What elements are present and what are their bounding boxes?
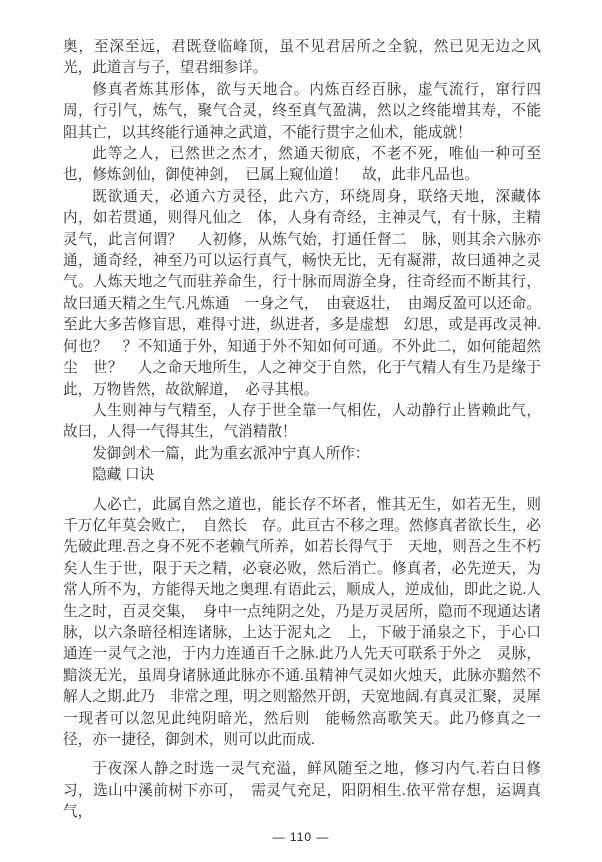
body-paragraph: 人生则神与气精至，人存于世全靠一气相佐，人动静行止皆赖此气，故曰，人得一气得其生… <box>63 401 541 444</box>
body-paragraph-continues-next-page: 于夜深人静之时选一灵气充溢，鲜风随至之地，修习内气.若白日修习，选山中溪前树下亦… <box>63 759 541 823</box>
section-label-hidden-mantra: 隐藏 口诀 <box>63 465 541 486</box>
paragraph-continued-from-previous-page: 奥，至深至远，君既登临峰顶，虽不见君居所之全貌，然已见无边之风光，此道言与子，望… <box>63 37 541 80</box>
body-paragraph: 发御剑术一篇，此为重玄派冲宁真人所作： <box>63 444 541 465</box>
page-number: — 110 — <box>0 830 602 844</box>
body-paragraph: 既欲通天，必通六方灵径，此六方，环绕周身，联络天地，深藏体内，如若贯通，则得凡仙… <box>63 187 541 401</box>
body-paragraph: 此等之人，已然世之杰才，然通天彻底，不老不死，唯仙一种可至也，修炼剑仙，御使神剑… <box>63 144 541 187</box>
text-content: 奥，至深至远，君既登临峰顶，虽不见君居所之全貌，然已见无边之风光，此道言与子，望… <box>63 37 541 824</box>
body-paragraph: 人必亡，此属自然之道也，能长存不坏者，惟其无生，如若无生，则千万亿年莫会败亡， … <box>63 495 541 752</box>
body-paragraph: 修真者炼其形体，欲与天地合。内炼百经百脉，虚气流行，窜行四周，行引气，炼气，聚气… <box>63 80 541 144</box>
document-page: 奥，至深至远，君既登临峰顶，虽不见君居所之全貌，然已见无边之风光，此道言与子，望… <box>0 0 602 862</box>
